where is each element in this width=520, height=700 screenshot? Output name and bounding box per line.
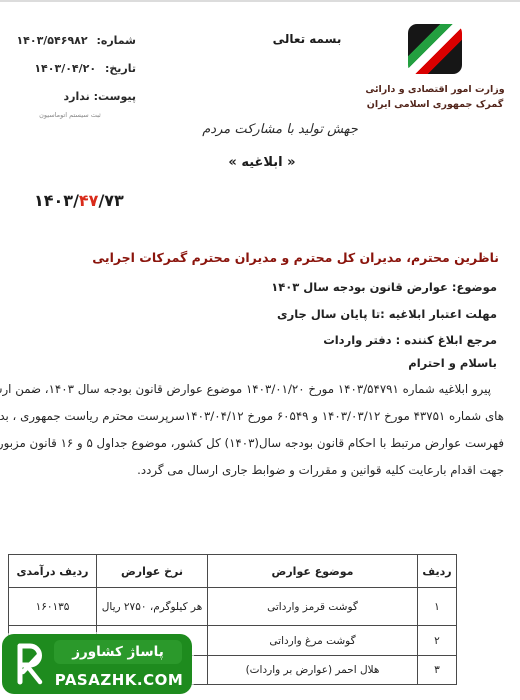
customs-logo-icon [408, 24, 462, 74]
col-header-fee-rate: نرخ عوارض [97, 555, 208, 588]
watermark-name-fa: پاساژ کشاورز [54, 640, 182, 664]
col-header-fee-subject: موضوع عوارض [208, 555, 418, 588]
letterhead: وزارت امور اقتصادی و دارائی گمرک جمهوری … [360, 24, 510, 112]
cell-row-number: ۱ [418, 588, 457, 626]
subject-line: موضوع: عوارض قانون بودجه سال ۱۴۰۳ [271, 280, 497, 294]
cell-fee-rate: هر کیلوگرم، ۲۷۵۰ ریال [97, 588, 208, 626]
letter-body: پیرو ابلاغیه شماره ۱۴۰۳/۵۴۷۹۱ مورخ ۱۴۰۳/… [14, 376, 504, 484]
validity-value: تا پایان سال جاری [277, 307, 380, 321]
cell-fee-subject: گوشت مرغ وارداتی [208, 626, 418, 656]
col-header-income-row: ردیف درآمدی [9, 555, 97, 588]
pk-monogram-icon [7, 640, 49, 688]
cell-fee-subject: هلال احمر (عوارض بر واردات) [208, 656, 418, 685]
watermark-domain: PASAZHK.COM [50, 671, 188, 689]
attachment-line: پیوست: ندارد [4, 90, 136, 103]
automation-note: ثبت سیستم اتوماسیون [4, 111, 136, 119]
doc-type-title: « ابلاغیه » [228, 155, 295, 170]
table-header-row: ردیف موضوع عوارض نرخ عوارض ردیف درآمدی [9, 555, 457, 588]
organization-name: گمرک جمهوری اسلامی ایران [360, 97, 510, 112]
body-line: پیرو ابلاغیه شماره ۱۴۰۳/۵۴۷۹۱ مورخ ۱۴۰۳/… [14, 376, 504, 403]
subject-label: موضوع: [452, 280, 497, 294]
cell-row-number: ۳ [418, 656, 457, 685]
letter-date-value: ۱۴۰۳/۰۴/۲۰ [34, 62, 96, 75]
letter-number-line: شماره: ۱۴۰۳/۵۴۶۹۸۲ [4, 34, 136, 47]
document-meta-block: شماره: ۱۴۰۳/۵۴۶۹۸۲ تاریخ: ۱۴۰۳/۰۴/۲۰ پیو… [4, 34, 136, 119]
ref-year: ۱۴۰۳/ [34, 191, 79, 210]
subject-value: عوارض قانون بودجه سال ۱۴۰۳ [271, 280, 448, 294]
table-row: ۱ گوشت قرمز وارداتی هر کیلوگرم، ۲۷۵۰ ریا… [9, 588, 457, 626]
issuer-label: مرجع ابلاغ کننده : [396, 333, 497, 347]
watermark-badge: پاساژ کشاورز PASAZHK.COM [2, 634, 192, 694]
issuer-line: مرجع ابلاغ کننده : دفتر واردات [323, 333, 497, 347]
circular-ref-number: ۱۴۰۳/۴۷/۷۳ [34, 191, 124, 210]
attachment-value: ندارد [64, 90, 90, 103]
ref-office: ۴۷ [79, 191, 99, 210]
letter-date-line: تاریخ: ۱۴۰۳/۰۴/۲۰ [4, 62, 136, 75]
cell-fee-subject: گوشت قرمز وارداتی [208, 588, 418, 626]
scanned-letter-page: شماره: ۱۴۰۳/۵۴۶۹۸۲ تاریخ: ۱۴۰۳/۰۴/۲۰ پیو… [0, 0, 520, 700]
year-slogan: جهش تولید با مشارکت مردم [202, 122, 357, 137]
attachment-label: پیوست: [94, 90, 136, 103]
issuer-value: دفتر واردات [323, 333, 391, 347]
cell-income-row: ۱۶۰۱۳۵ [9, 588, 97, 626]
col-header-row-number: ردیف [418, 555, 457, 588]
ministry-name: وزارت امور اقتصادی و دارائی [360, 82, 510, 97]
body-line: فهرست عوارض مرتبط با احکام قانون بودجه س… [14, 430, 504, 457]
cell-row-number: ۲ [418, 626, 457, 656]
addressee-heading: ناظرین محترم، مدیران کل محترم و مدیران م… [92, 250, 499, 265]
salutation-line: باسلام و احترام [408, 356, 497, 370]
body-line: های شماره ۴۳۷۵۱ مورخ ۱۴۰۳/۰۳/۱۲ و ۶۰۵۴۹ … [14, 403, 504, 430]
validity-line: مهلت اعتبار ابلاغیه :تا پایان سال جاری [277, 307, 497, 321]
body-line: جهت اقدام بارعایت کلیه قوانین و مقررات و… [14, 457, 504, 484]
letter-number-label: شماره: [96, 34, 136, 47]
validity-label: مهلت اعتبار ابلاغیه : [380, 307, 497, 321]
bismillah-text: بسمه تعالی [273, 32, 342, 46]
ref-serial: /۷۳ [98, 191, 123, 210]
letter-date-label: تاریخ: [105, 62, 136, 75]
letter-number-value: ۱۴۰۳/۵۴۶۹۸۲ [16, 34, 87, 47]
